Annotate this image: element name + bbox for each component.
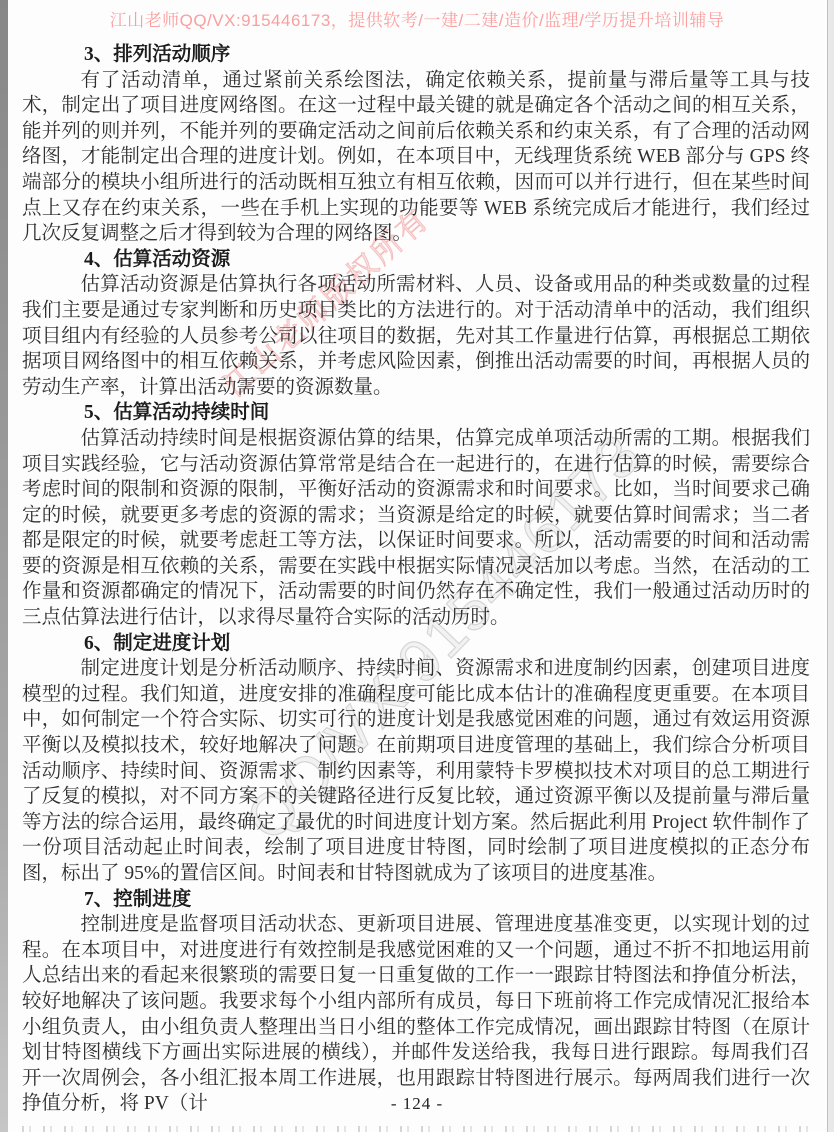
section-3-paragraph: 有了活动清单，通过紧前关系绘图法，确定依赖关系，提前量与滞后量等工具与技术，制定… bbox=[22, 68, 810, 247]
section-7-heading: 7、控制进度 bbox=[84, 887, 810, 913]
bottom-cutoff-text-sliver bbox=[22, 1126, 808, 1132]
section-5-heading: 5、估算活动持续时间 bbox=[84, 400, 810, 426]
section-4-paragraph: 估算活动资源是估算执行各项活动所需材料、人员、设备或用品的种类或数量的过程我们主… bbox=[22, 272, 810, 400]
page-right-edge bbox=[827, 0, 834, 1132]
page-left-edge bbox=[0, 0, 8, 1132]
section-6-paragraph: 制定进度计划是分析活动顺序、持续时间、资源需求和进度制约因素，创建项目进度模型的… bbox=[22, 656, 810, 886]
section-7-paragraph: 控制进度是监督项目活动状态、更新项目进展、管理进度基准变更，以实现计划的过程。在… bbox=[22, 912, 810, 1117]
header-watermark-text: 江山老师QQ/VX:915446173，提供软考/一建/二建/造价/监理/学历提… bbox=[8, 6, 826, 31]
section-3-heading: 3、排列活动顺序 bbox=[84, 42, 810, 68]
section-4-heading: 4、估算活动资源 bbox=[84, 247, 810, 273]
document-body: 3、排列活动顺序 有了活动清单，通过紧前关系绘图法，确定依赖关系，提前量与滞后量… bbox=[22, 42, 810, 1117]
section-5-paragraph: 估算活动持续时间是根据资源估算的结果，估算完成单项活动所需的工期。根据我们项目实… bbox=[22, 426, 810, 631]
page-number: - 124 - bbox=[0, 1094, 834, 1114]
document-page: 江山老师QQ/VX:915446173，提供软考/一建/二建/造价/监理/学历提… bbox=[0, 0, 834, 1132]
section-6-heading: 6、制定进度计划 bbox=[84, 631, 810, 657]
